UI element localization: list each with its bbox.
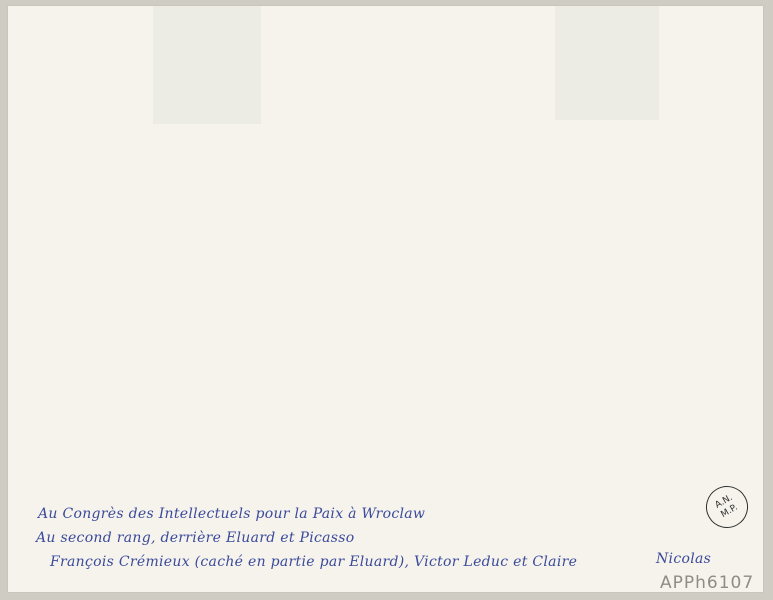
tape-strip-left [153, 6, 261, 124]
handwritten-caption-line-3: François Crémieux (caché en partie par E… [50, 554, 577, 570]
photo-back-card: Au Congrès des Intellectuels pour la Pai… [8, 6, 763, 592]
handwritten-caption-line-2: Au second rang, derrière Eluard et Picas… [36, 530, 355, 546]
tape-strip-right [555, 6, 659, 120]
archive-stamp-icon: A.N. M.P. [698, 478, 755, 535]
inventory-number: APPh6107 [660, 573, 754, 593]
handwritten-caption-line-1: Au Congrès des Intellectuels pour la Pai… [38, 506, 425, 522]
handwritten-caption-line-4: Nicolas [656, 551, 711, 567]
